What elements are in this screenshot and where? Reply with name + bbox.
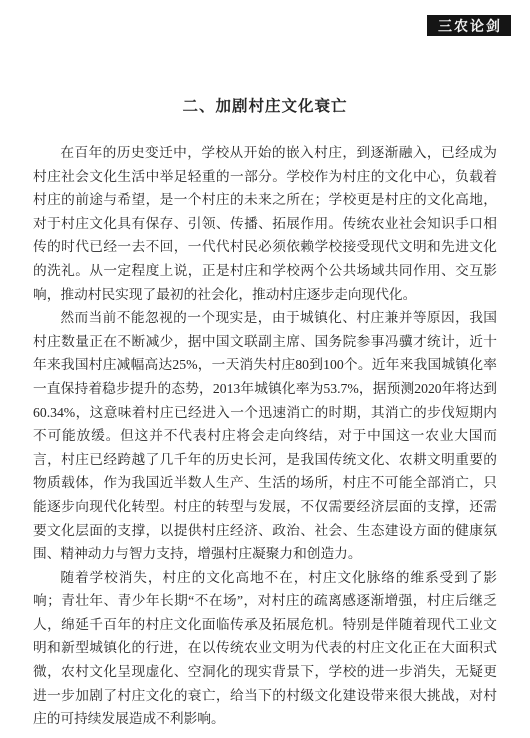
document-page: 三农论剑 二、加剧村庄文化衰亡 在百年的历史变迁中，学校从开始的嵌入村庄，到逐渐… — [0, 0, 530, 738]
paragraph-1: 在百年的历史变迁中，学校从开始的嵌入村庄，到逐渐融入，已经成为村庄社会文化生活中… — [33, 141, 497, 306]
header-badge: 三农论剑 — [427, 15, 511, 36]
paragraph-2: 然而当前不能忽视的一个现实是，由于城镇化、村庄兼并等原因，我国村庄数量正在不断减… — [33, 306, 497, 566]
paragraph-3: 随着学校消失，村庄的文化高地不在，村庄文化脉络的维系受到了影响；青壮年、青少年长… — [33, 566, 497, 731]
section-title: 二、加剧村庄文化衰亡 — [0, 94, 530, 116]
header-badge-label: 三农论剑 — [438, 18, 502, 34]
body-text: 在百年的历史变迁中，学校从开始的嵌入村庄，到逐渐融入，已经成为村庄社会文化生活中… — [33, 141, 497, 731]
